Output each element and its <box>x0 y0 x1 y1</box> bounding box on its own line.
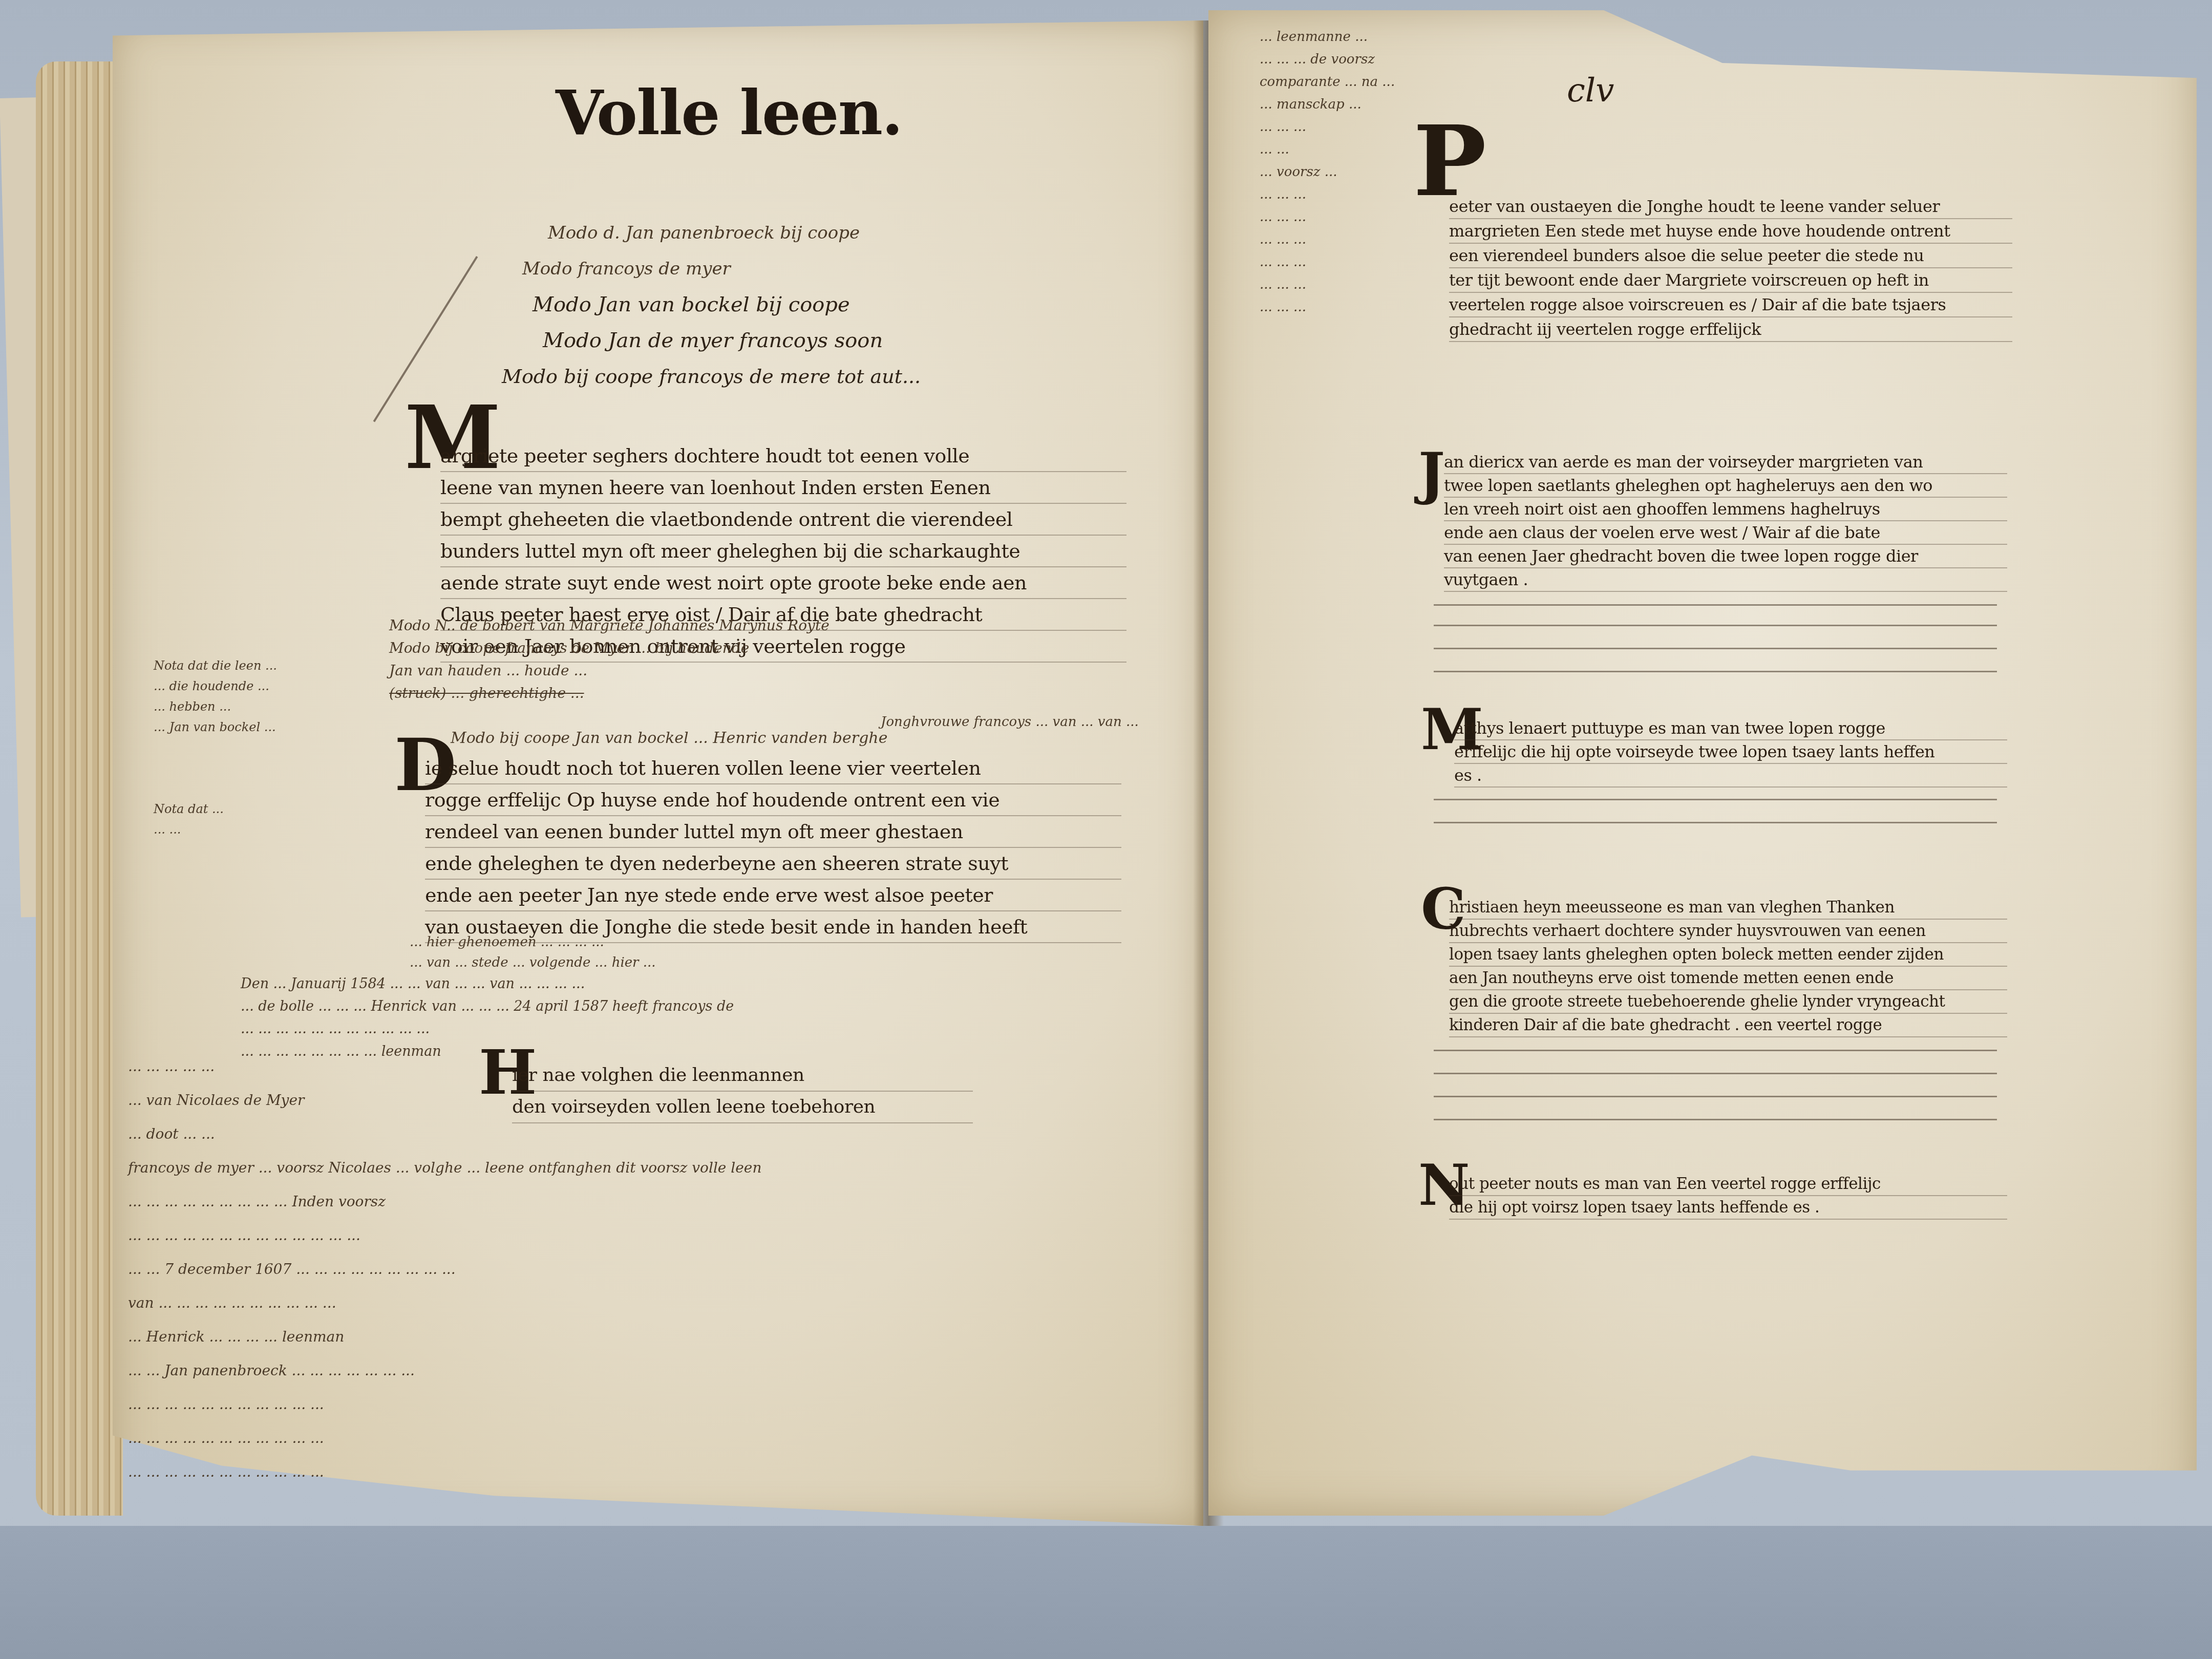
note-line: ... mansckap ... <box>1260 93 1395 116</box>
note-line: ... ... Jan panenbroeck ... ... ... ... … <box>128 1354 761 1388</box>
entry-line: lopen tsaey lants gheleghen opten boleck… <box>1449 943 2007 967</box>
entry-line: veertelen rogge alsoe voirscreuen es / D… <box>1449 293 2012 317</box>
entry-line: out peeter nouts es man van Een veertel … <box>1449 1173 2007 1196</box>
entry-line: ende gheleghen te dyen nederbeyne aen sh… <box>425 848 1121 880</box>
annotation-line: Modo N.. de bolbert van Margriete Johann… <box>389 614 829 637</box>
note-line: ... ... <box>1260 138 1395 161</box>
note-line: comparante ... na ... <box>1260 71 1395 93</box>
top-annotations: Modo d. Jan panenbroeck bij coope Modo f… <box>502 215 921 394</box>
margin-note-line: ... hebben ... <box>154 696 277 717</box>
note-line: ... ... ... <box>1260 296 1395 318</box>
margin-note-line: ... ... <box>154 819 277 840</box>
note-line: ... ... ... <box>1260 273 1395 296</box>
entry-initial: J <box>1418 430 1445 517</box>
note-line: ... doot ... ... <box>128 1117 761 1151</box>
annotation-line: Modo d. Jan panenbroeck bij coope <box>502 215 921 251</box>
ruled-line <box>1434 1073 1997 1074</box>
table-surface <box>0 1526 2212 1659</box>
note-line: francoys de myer ... voorsz Nicolaes ...… <box>128 1151 761 1185</box>
note-line: ... ... 7 december 1607 ... ... ... ... … <box>128 1252 761 1286</box>
entry-line: die hij opt voirsz lopen tsaey lants hef… <box>1449 1196 2007 1220</box>
entry-line: atthys lenaert puttuype es man van twee … <box>1454 717 2007 740</box>
note-line: ... ... ... ... ... ... ... ... ... ... … <box>128 1388 761 1421</box>
right-entry-5: out peeter nouts es man van Een veertel … <box>1449 1173 2007 1220</box>
page-heading: Volle leen. <box>556 77 902 149</box>
annotation-line: Modo bij coope francoys de mere tot aut.… <box>502 358 921 394</box>
entry-line: hubrechts verhaert dochtere synder huysv… <box>1449 920 2007 943</box>
page-stack-edges <box>36 61 123 1516</box>
entry-line: kinderen Dair af die bate ghedracht . ee… <box>1449 1014 2007 1037</box>
lower-notes: ... ... ... ... ... ... van Nicolaes de … <box>128 1050 761 1489</box>
entry-line: an diericx van aerde es man der voirseyd… <box>1444 451 2007 474</box>
entry-line: ter tijt bewoont ende daer Margriete voi… <box>1449 268 2012 293</box>
entry-line: twee lopen saetlants gheleghen opt haghe… <box>1444 474 2007 498</box>
annotation-line: Modo Jan van bockel bij coope <box>502 287 921 323</box>
note-line: ... ... ... ... ... ... ... ... ... ... … <box>128 1455 761 1489</box>
note-line: ... ... ... <box>1260 183 1395 206</box>
ruled-line <box>1434 1096 1997 1097</box>
note-line: ... ... ... ... ... ... ... ... ... ... … <box>128 1421 761 1455</box>
ruled-line <box>1434 1119 1997 1120</box>
note-line: van ... ... ... ... ... ... ... ... ... … <box>128 1286 761 1320</box>
entry-line: ie selue houdt noch tot hueren vollen le… <box>425 753 1121 784</box>
entry-line: ghedracht iij veertelen rogge erffelijck <box>1449 317 2012 342</box>
margin-note-line: Nota dat die leen ... <box>154 655 277 676</box>
entry-2-pre-annotation: Modo bij coope Jan van bockel ... Henric… <box>451 727 887 750</box>
note-line: ... ... ... ... ... ... ... ... ... ... … <box>128 1219 761 1252</box>
entry-line: len vreeh noirt oist aen ghooffen lemmen… <box>1444 498 2007 521</box>
right-top-left-notes: ... leenmanne ... ... ... ... de voorsz … <box>1260 26 1395 318</box>
entry-line: erffelijc die hij opte voirseyde twee lo… <box>1454 740 2007 764</box>
note-line: ... de bolle ... ... ... Henrick van ...… <box>241 995 734 1018</box>
left-entry-2: ie selue houdt noch tot hueren vollen le… <box>425 753 1121 943</box>
entry-1-annotations: Modo N.. de bolbert van Margriete Johann… <box>389 614 829 705</box>
entry-line: rendeel van eenen bunder luttel myn oft … <box>425 816 1121 848</box>
entry-line: hristiaen heyn meeusseone es man van vle… <box>1449 896 2007 920</box>
note-line: ... ... ... ... ... <box>128 1050 761 1083</box>
left-margin-notes: Nota dat die leen ... ... die houdende .… <box>154 655 277 840</box>
entry-line: ende aen claus der voelen erve west / Wa… <box>1444 521 2007 545</box>
entry-line: bunders luttel myn oft meer gheleghen bi… <box>440 536 1126 567</box>
entry-line: aende strate suyt ende west noirt opte g… <box>440 567 1126 599</box>
annotation-line: ... van ... stede ... volgende ... hier … <box>410 952 656 973</box>
annotation-line: Modo Jan de myer francoys soon <box>502 323 921 358</box>
entry-line: es . <box>1454 764 2007 788</box>
ruled-line <box>1434 604 1997 606</box>
note-line: ... ... ... <box>1260 206 1395 228</box>
note-line: ... van Nicolaes de Myer <box>128 1083 761 1117</box>
entry-line: aen Jan noutheyns erve oist tomende mett… <box>1449 967 2007 990</box>
entry-line: van eenen Jaer ghedracht boven die twee … <box>1444 545 2007 568</box>
right-entry-2: an diericx van aerde es man der voirseyd… <box>1444 451 2007 592</box>
annotation-line-struck: (struck) ... gherechtighe ... <box>389 682 829 705</box>
right-margin-note: Jonghvrouwe francoys ... van ... van ... <box>881 712 1167 732</box>
right-entry-3: atthys lenaert puttuype es man van twee … <box>1454 717 2007 788</box>
note-line: ... ... ... de voorsz <box>1260 48 1395 71</box>
entry-initial: P <box>1413 118 1486 205</box>
folio-number: clv <box>1567 72 1614 110</box>
note-line: ... Henrick ... ... ... ... leenman <box>128 1320 761 1354</box>
ruled-line <box>1434 822 1997 823</box>
annotation-line: ... hier ghenoemen ... ... ... ... <box>410 932 656 952</box>
entry-line: een vierendeel bunders alsoe die selue p… <box>1449 244 2012 268</box>
entry-line: bempt gheheeten die vlaetbondende ontren… <box>440 504 1126 536</box>
ruled-line <box>1434 1050 1997 1051</box>
note-line: ... ... ... ... ... ... ... ... ... Inde… <box>128 1185 761 1219</box>
margin-note-line: Nota dat ... <box>154 799 277 819</box>
entry-line: leene van mynen heere van loenhout Inden… <box>440 472 1126 504</box>
note-line: ... ... ... <box>1260 228 1395 251</box>
ruled-line <box>1434 625 1997 626</box>
entry-2-post-annotations: ... hier ghenoemen ... ... ... ... ... v… <box>410 932 656 973</box>
entry-line: gen die groote streete tuebehoerende ghe… <box>1449 990 2007 1014</box>
entry-line: argriete peeter seghers dochtere houdt t… <box>440 440 1126 472</box>
right-entry-4: hristiaen heyn meeusseone es man van vle… <box>1449 896 2007 1037</box>
ruled-line <box>1434 648 1997 649</box>
annotation-line: Jan van hauden ... houde ... <box>389 660 829 682</box>
entry-line: eeter van oustaeyen die Jonghe houdt te … <box>1449 195 2012 219</box>
entry-line: ende aen peeter Jan nye stede ende erve … <box>425 880 1121 911</box>
entry-line: vuytgaen . <box>1444 568 2007 592</box>
entry-line: rogge erffelijc Op huyse ende hof houden… <box>425 784 1121 816</box>
note-line: ... leenmanne ... <box>1260 26 1395 48</box>
ruled-line <box>1434 799 1997 800</box>
note-line: ... ... ... <box>1260 116 1395 138</box>
right-entry-1: eeter van oustaeyen die Jonghe houdt te … <box>1449 195 2012 342</box>
ruled-line <box>1434 671 1997 672</box>
margin-note-line: ... Jan van bockel ... <box>154 717 277 737</box>
margin-note-line: ... die houdende ... <box>154 676 277 696</box>
note-line: Den ... Januarij 1584 ... ... van ... ..… <box>241 973 734 995</box>
note-line: ... voorsz ... <box>1260 161 1395 183</box>
annotation-line: Modo bij coope francoys de Myer ... bij … <box>389 637 829 660</box>
entry-line: margrieten Een stede met huyse ende hove… <box>1449 219 2012 244</box>
note-line: ... ... ... <box>1260 251 1395 273</box>
annotation-line: Modo francoys de myer <box>502 251 921 287</box>
